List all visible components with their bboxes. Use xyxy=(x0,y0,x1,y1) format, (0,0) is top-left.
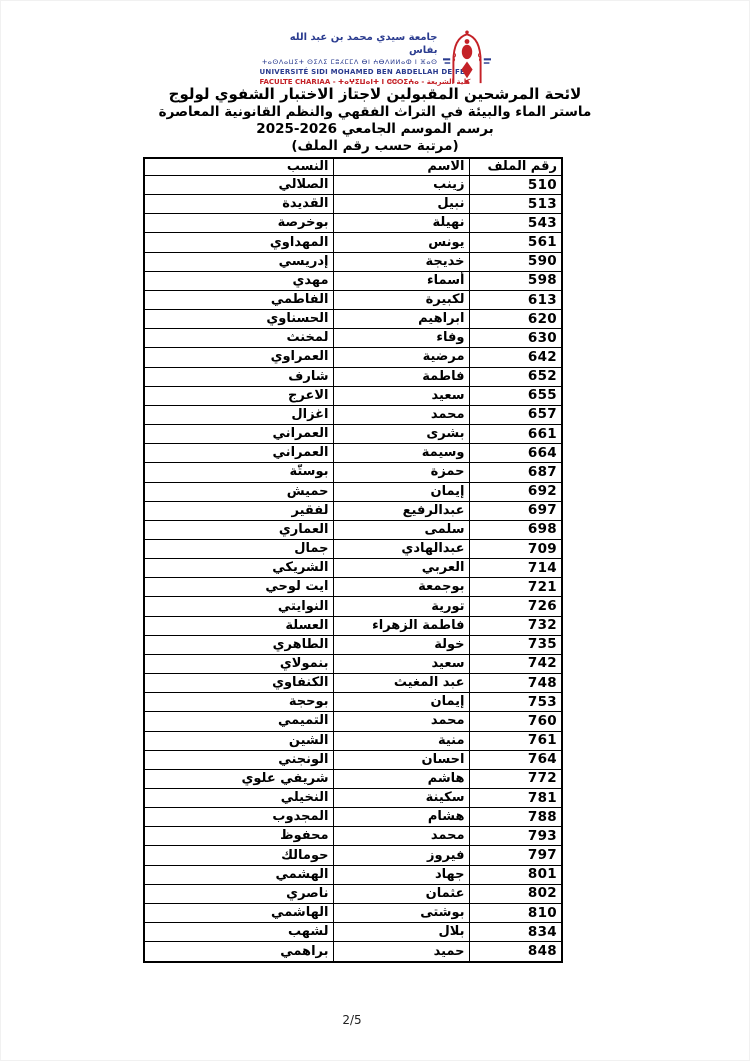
file-number-cell: 642 xyxy=(469,348,562,367)
file-number-cell: 764 xyxy=(469,750,562,769)
file-number-cell: 761 xyxy=(469,731,562,750)
table-row: 709عبدالهاديجمال xyxy=(144,539,562,558)
file-number-cell: 834 xyxy=(469,923,562,942)
last-name-cell: القديدة xyxy=(144,195,333,214)
last-name-cell: الكنفاوي xyxy=(144,674,333,693)
last-name-cell: الهاشمي xyxy=(144,903,333,922)
table-row: 788هشامالمجدوب xyxy=(144,808,562,827)
file-number-cell: 543 xyxy=(469,214,562,233)
document-titles: لائحة المرشحين المقبولين لاجتاز الاختبار… xyxy=(0,84,750,155)
table-row: 664وسيمةالعمراني xyxy=(144,444,562,463)
table-row: 810بوشتىالهاشمي xyxy=(144,903,562,922)
first-name-cell: سلمى xyxy=(333,520,469,539)
file-number-cell: 661 xyxy=(469,425,562,444)
last-name-cell: ايت لوحي xyxy=(144,578,333,597)
table-row: 793محمدمحفوظ xyxy=(144,827,562,846)
table-row: 732فاطمة الزهراءالعسلة xyxy=(144,616,562,635)
file-number-cell: 590 xyxy=(469,252,562,271)
university-name-french: UNIVERSITÉ SIDI MOHAMED BEN ABDELLAH DE … xyxy=(260,67,438,77)
file-number-cell: 848 xyxy=(469,942,562,962)
last-name-cell: العمراني xyxy=(144,425,333,444)
table-row: 630وفاءلمخنث xyxy=(144,329,562,348)
first-name-cell: هشام xyxy=(333,808,469,827)
table-row: 543نهيلةبوخرصة xyxy=(144,214,562,233)
master-title: ماستر الماء والبيئة في التراث الفقهي وال… xyxy=(0,104,750,121)
first-name-cell: هاشم xyxy=(333,769,469,788)
file-number-cell: 714 xyxy=(469,559,562,578)
file-number-cell: 652 xyxy=(469,367,562,386)
file-number-cell: 726 xyxy=(469,597,562,616)
candidates-table: رقم الملف الاسم النسب 510زينبالصلالي513ن… xyxy=(143,157,563,963)
table-row: 714العربيالشريكي xyxy=(144,559,562,578)
file-number-cell: 788 xyxy=(469,808,562,827)
last-name-cell: مهدي xyxy=(144,271,333,290)
table-row: 772هاشمشريفي علوي xyxy=(144,769,562,788)
file-number-cell: 781 xyxy=(469,789,562,808)
table-row: 687حمزةبوستّة xyxy=(144,463,562,482)
last-name-cell: الهشمي xyxy=(144,865,333,884)
first-name-cell: بلال xyxy=(333,923,469,942)
table-row: 513نبيلالقديدة xyxy=(144,195,562,214)
first-name-cell: إيمان xyxy=(333,693,469,712)
last-name-cell: المجدوب xyxy=(144,808,333,827)
table-row: 655سعيدالاعرج xyxy=(144,386,562,405)
file-number-cell: 732 xyxy=(469,616,562,635)
last-name-cell: بوخرصة xyxy=(144,214,333,233)
last-name-cell: الاعرج xyxy=(144,386,333,405)
file-number-cell: 802 xyxy=(469,884,562,903)
first-name-cell: سكينة xyxy=(333,789,469,808)
first-name-cell: فيروز xyxy=(333,846,469,865)
table-row: 642مرضيةالعمراوي xyxy=(144,348,562,367)
file-number-cell: 772 xyxy=(469,769,562,788)
university-name-arabic: جامعة سيدي محمد بن عبد الله بفاس xyxy=(260,31,438,57)
last-name-cell: حومالك xyxy=(144,846,333,865)
first-name-cell: محمد xyxy=(333,712,469,731)
last-name-cell: الفاطمي xyxy=(144,290,333,309)
first-name-cell: يونس xyxy=(333,233,469,252)
first-name-cell: وسيمة xyxy=(333,444,469,463)
last-name-cell: إدريسي xyxy=(144,252,333,271)
table-row: 692إيمانحميش xyxy=(144,482,562,501)
first-name-cell: سعيد xyxy=(333,386,469,405)
table-row: 848حميدبراهمي xyxy=(144,942,562,962)
table-row: 801جهادالهشمي xyxy=(144,865,562,884)
table-row: 735خولةالطاهري xyxy=(144,635,562,654)
letterhead-text-block: جامعة سيدي محمد بن عبد الله بفاس ⵜⴰⵙⴷⴰⵡⵉ… xyxy=(260,29,438,87)
first-name-cell: إيمان xyxy=(333,482,469,501)
last-name-cell: بوحجة xyxy=(144,693,333,712)
last-name-cell: الشريكي xyxy=(144,559,333,578)
table-row: 697عبدالرفيعلفقير xyxy=(144,501,562,520)
first-name-cell: خولة xyxy=(333,635,469,654)
first-name-cell: بشرى xyxy=(333,425,469,444)
list-title: لائحة المرشحين المقبولين لاجتاز الاختبار… xyxy=(0,84,750,104)
file-number-cell: 513 xyxy=(469,195,562,214)
file-number-cell: 687 xyxy=(469,463,562,482)
table-row: 802عثمانناصري xyxy=(144,884,562,903)
document-page: جامعة سيدي محمد بن عبد الله بفاس ⵜⴰⵙⴷⴰⵡⵉ… xyxy=(0,0,750,1061)
university-letterhead: جامعة سيدي محمد بن عبد الله بفاس ⵜⴰⵙⴷⴰⵡⵉ… xyxy=(0,29,750,87)
first-name-cell: عبد المغيث xyxy=(333,674,469,693)
file-number-cell: 657 xyxy=(469,405,562,424)
file-number-cell: 760 xyxy=(469,712,562,731)
table-row: 761منيةالشين xyxy=(144,731,562,750)
last-name-cell: ناصري xyxy=(144,884,333,903)
table-row: 760محمدالتميمي xyxy=(144,712,562,731)
first-name-cell: العربي xyxy=(333,559,469,578)
last-name-cell: التميمي xyxy=(144,712,333,731)
first-name-cell: حمزة xyxy=(333,463,469,482)
first-name-cell: منية xyxy=(333,731,469,750)
table-row: 561يونسالمهداوي xyxy=(144,233,562,252)
first-name-cell: فاطمة الزهراء xyxy=(333,616,469,635)
first-name-cell: مرضية xyxy=(333,348,469,367)
first-name-cell: ابراهيم xyxy=(333,310,469,329)
page-number: 2/5 xyxy=(143,1013,561,1027)
first-name-cell: وفاء xyxy=(333,329,469,348)
file-number-cell: 797 xyxy=(469,846,562,865)
first-name-cell: حميد xyxy=(333,942,469,962)
file-number-cell: 561 xyxy=(469,233,562,252)
last-name-cell: اغزال xyxy=(144,405,333,424)
file-number-cell: 709 xyxy=(469,539,562,558)
table-row: 797فيروزحومالك xyxy=(144,846,562,865)
file-number-cell: 721 xyxy=(469,578,562,597)
file-number-cell: 793 xyxy=(469,827,562,846)
file-number-cell: 510 xyxy=(469,176,562,195)
sort-order-note: (مرتبة حسب رقم الملف) xyxy=(0,138,750,155)
last-name-cell: العماري xyxy=(144,520,333,539)
last-name-cell: النوايتي xyxy=(144,597,333,616)
first-name-cell: عبدالرفيع xyxy=(333,501,469,520)
file-number-cell: 598 xyxy=(469,271,562,290)
academic-year: برسم الموسم الجامعي 2026-2025 xyxy=(0,121,750,138)
last-name-cell: الونجني xyxy=(144,750,333,769)
last-name-cell: النخيلي xyxy=(144,789,333,808)
first-name-cell: جهاد xyxy=(333,865,469,884)
file-number-cell: 655 xyxy=(469,386,562,405)
last-name-cell: حميش xyxy=(144,482,333,501)
file-number-cell: 742 xyxy=(469,654,562,673)
table-header-row: رقم الملف الاسم النسب xyxy=(144,158,562,176)
first-name-cell: لكبيرة xyxy=(333,290,469,309)
table-row: 834بلاللشهب xyxy=(144,923,562,942)
last-name-cell: شريفي علوي xyxy=(144,769,333,788)
last-name-cell: العسلة xyxy=(144,616,333,635)
last-name-cell: العمراوي xyxy=(144,348,333,367)
first-name-cell: محمد xyxy=(333,405,469,424)
last-name-cell: جمال xyxy=(144,539,333,558)
file-number-cell: 620 xyxy=(469,310,562,329)
candidates-table-body: 510زينبالصلالي513نبيلالقديدة543نهيلةبوخر… xyxy=(144,176,562,963)
university-emblem-icon xyxy=(443,29,491,86)
file-number-cell: 664 xyxy=(469,444,562,463)
table-row: 748عبد المغيثالكنفاوي xyxy=(144,674,562,693)
first-name-cell: محمد xyxy=(333,827,469,846)
table-row: 510زينبالصلالي xyxy=(144,176,562,195)
first-name-cell: عثمان xyxy=(333,884,469,903)
first-name-cell: عبدالهادي xyxy=(333,539,469,558)
last-name-cell: الطاهري xyxy=(144,635,333,654)
last-name-cell: محفوظ xyxy=(144,827,333,846)
table-row: 742سعيدبنمولاي xyxy=(144,654,562,673)
first-name-cell: احسان xyxy=(333,750,469,769)
first-name-cell: خديجة xyxy=(333,252,469,271)
last-name-header: النسب xyxy=(144,158,333,176)
file-number-cell: 810 xyxy=(469,903,562,922)
file-number-cell: 735 xyxy=(469,635,562,654)
file-number-cell: 613 xyxy=(469,290,562,309)
last-name-cell: لشهب xyxy=(144,923,333,942)
last-name-cell: المهداوي xyxy=(144,233,333,252)
table-row: 598أسماءمهدي xyxy=(144,271,562,290)
table-row: 726توريةالنوايتي xyxy=(144,597,562,616)
table-row: 613لكبيرةالفاطمي xyxy=(144,290,562,309)
first-name-cell: نهيلة xyxy=(333,214,469,233)
table-row: 620ابراهيمالحسناوي xyxy=(144,310,562,329)
first-name-header: الاسم xyxy=(333,158,469,176)
last-name-cell: لمخنث xyxy=(144,329,333,348)
table-row: 590خديجةإدريسي xyxy=(144,252,562,271)
table-row: 721بوجمعةايت لوحي xyxy=(144,578,562,597)
first-name-cell: أسماء xyxy=(333,271,469,290)
file-number-cell: 630 xyxy=(469,329,562,348)
file-number-cell: 801 xyxy=(469,865,562,884)
table-row: 764احسانالونجني xyxy=(144,750,562,769)
table-row: 661بشرىالعمراني xyxy=(144,425,562,444)
last-name-cell: الشين xyxy=(144,731,333,750)
last-name-cell: الحسناوي xyxy=(144,310,333,329)
first-name-cell: فاطمة xyxy=(333,367,469,386)
last-name-cell: شارف xyxy=(144,367,333,386)
first-name-cell: زينب xyxy=(333,176,469,195)
table-row: 781سكينةالنخيلي xyxy=(144,789,562,808)
last-name-cell: بنمولاي xyxy=(144,654,333,673)
last-name-cell: بوستّة xyxy=(144,463,333,482)
first-name-cell: تورية xyxy=(333,597,469,616)
file-number-cell: 698 xyxy=(469,520,562,539)
first-name-cell: سعيد xyxy=(333,654,469,673)
file-number-cell: 753 xyxy=(469,693,562,712)
last-name-cell: براهمي xyxy=(144,942,333,962)
last-name-cell: العمراني xyxy=(144,444,333,463)
last-name-cell: لفقير xyxy=(144,501,333,520)
first-name-cell: بوشتى xyxy=(333,903,469,922)
table-row: 753إيمانبوحجة xyxy=(144,693,562,712)
table-row: 698سلمىالعماري xyxy=(144,520,562,539)
table-row: 652فاطمةشارف xyxy=(144,367,562,386)
file-number-header: رقم الملف xyxy=(469,158,562,176)
first-name-cell: نبيل xyxy=(333,195,469,214)
university-name-tifinagh: ⵜⴰⵙⴷⴰⵡⵉⵜ ⵙⵉⴷⵉ ⵎⵓⵃⵎⵎⴷ ⴱⵏ ⵄⴱⴷⵍⵍⴰⵀ ⵏ ⴼⴰⵙ xyxy=(260,57,438,67)
file-number-cell: 692 xyxy=(469,482,562,501)
last-name-cell: الصلالي xyxy=(144,176,333,195)
first-name-cell: بوجمعة xyxy=(333,578,469,597)
table-row: 657محمداغزال xyxy=(144,405,562,424)
file-number-cell: 748 xyxy=(469,674,562,693)
file-number-cell: 697 xyxy=(469,501,562,520)
